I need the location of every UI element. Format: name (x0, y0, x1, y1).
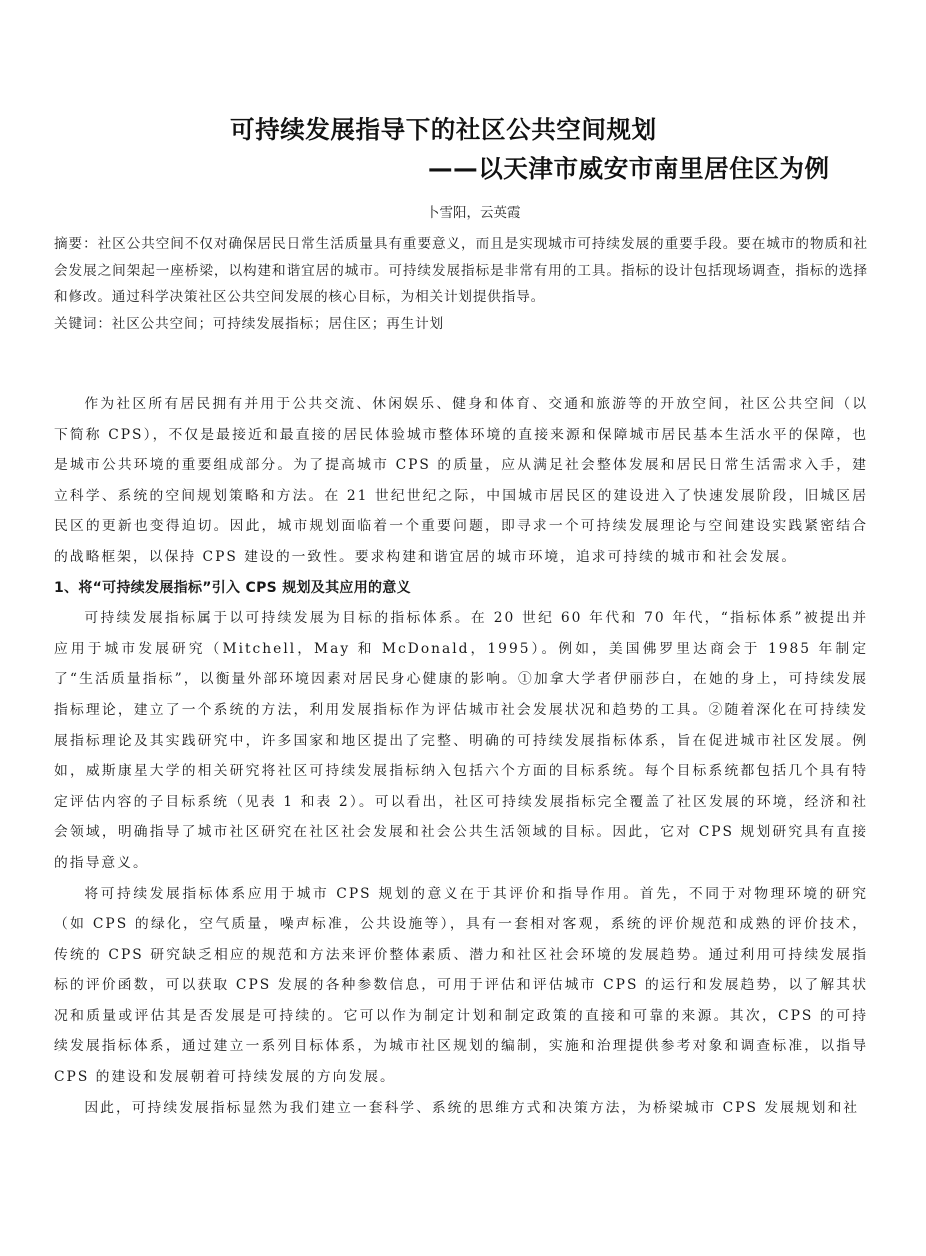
paper-title: 可持续发展指导下的社区公共空间规划 (230, 111, 657, 146)
paper-subtitle: ——以天津市威安市南里居住区为例 (428, 150, 830, 185)
keywords-text: 社区公共空间；可持续发展指标；居住区；再生计划 (112, 316, 444, 332)
abstract-block: 摘要：社区公共空间不仅对确保居民日常生活质量具有重要意义，而且是实现城市可持续发… (54, 231, 868, 337)
body-paragraph: 因此，可持续发展指标显然为我们建立一套科学、系统的思维方式和决策方法，为桥梁城市… (54, 1093, 868, 1124)
abstract-label: 摘要： (54, 236, 98, 252)
section-heading: 1、将“可持续发展指标”引入 CPS 规划及其应用的意义 (54, 573, 868, 604)
abstract-paragraph: 摘要：社区公共空间不仅对确保居民日常生活质量具有重要意义，而且是实现城市可持续发… (54, 231, 868, 311)
body-text: 作为社区所有居民拥有并用于公共交流、休闲娱乐、健身和体育、交通和旅游等的开放空间… (54, 389, 868, 1123)
intro-paragraph: 作为社区所有居民拥有并用于公共交流、休闲娱乐、健身和体育、交通和旅游等的开放空间… (54, 389, 868, 573)
keywords-paragraph: 关键词：社区公共空间；可持续发展指标；居住区；再生计划 (54, 311, 868, 338)
authors: 卜雪阳，云英霞 (426, 201, 521, 221)
keywords-label: 关键词： (54, 316, 112, 332)
abstract-text: 社区公共空间不仅对确保居民日常生活质量具有重要意义，而且是实现城市可持续发展的重… (54, 236, 868, 305)
body-paragraph: 将可持续发展指标体系应用于城市 CPS 规划的意义在于其评价和指导作用。首先，不… (54, 879, 868, 1093)
body-paragraph: 可持续发展指标属于以可持续发展为目标的指标体系。在 20 世纪 60 年代和 7… (54, 603, 868, 878)
